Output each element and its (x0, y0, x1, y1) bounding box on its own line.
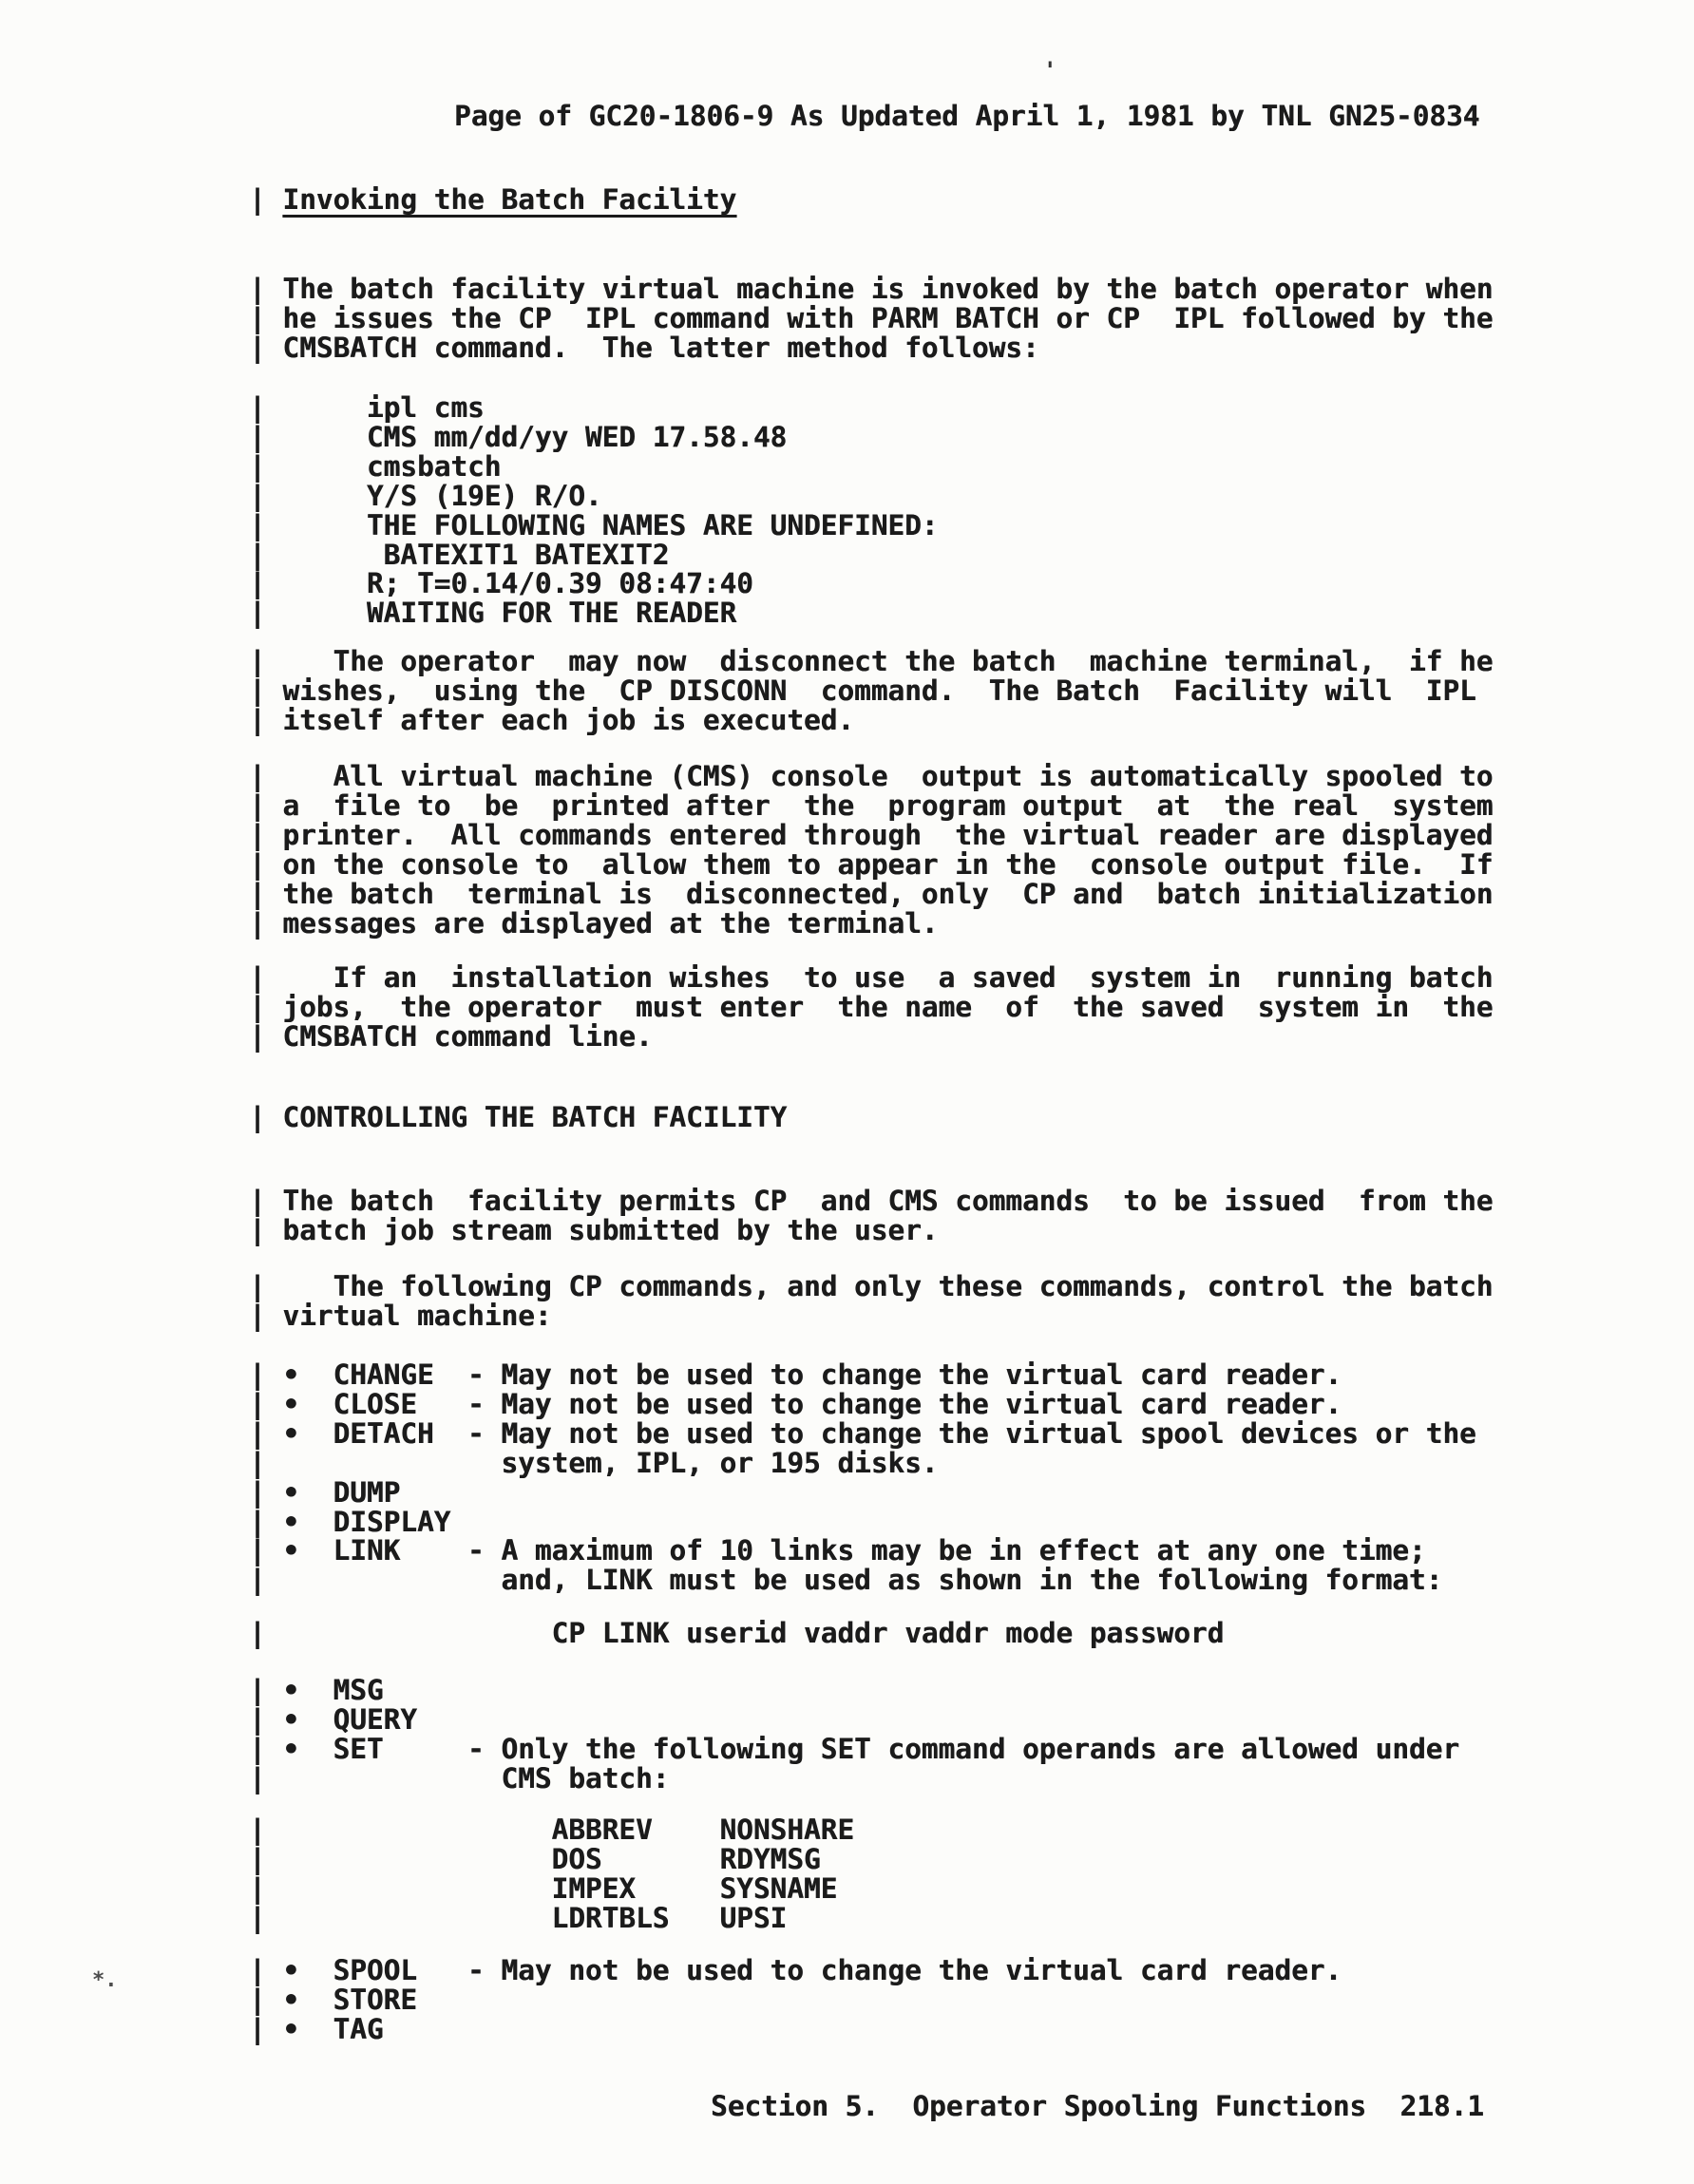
paragraph-following-commands: | The following CP commands, and only th… (249, 1272, 1493, 1331)
set-operands-table: | ABBREV NONSHARE | DOS RDYMSG | IMPEX S… (249, 1815, 854, 1933)
scanned-manual-page: ' Page of GC20-1806-9 As Updated April 1… (0, 0, 1694, 2184)
margin-speck: *. (92, 1968, 118, 1992)
section-title: | Invoking the Batch Facility (249, 185, 736, 215)
link-format-line: | CP LINK userid vaddr vaddr mode passwo… (249, 1619, 1224, 1648)
cp-command-list-3: | • SPOOL - May not be used to change th… (249, 1956, 1342, 2044)
section-title-text: Invoking the Batch Facility (282, 183, 736, 216)
section-heading-controlling: | CONTROLLING THE BATCH FACILITY (249, 1103, 787, 1132)
paragraph-invoked: | The batch facility virtual machine is … (249, 275, 1493, 363)
paragraph-permits: | The batch facility permits CP and CMS … (249, 1187, 1493, 1245)
paragraph-console-output: | All virtual machine (CMS) console outp… (249, 762, 1493, 938)
paragraph-saved-system: | If an installation wishes to use a sav… (249, 963, 1493, 1052)
change-bar: | (249, 183, 282, 216)
page-footer: Section 5. Operator Spooling Functions 2… (711, 2092, 1484, 2121)
cp-command-list-2: | • MSG | • QUERY | • SET - Only the fol… (249, 1676, 1459, 1794)
page-header: Page of GC20-1806-9 As Updated April 1, … (454, 102, 1479, 131)
paragraph-operator: | The operator may now disconnect the ba… (249, 647, 1493, 735)
console-listing: | ipl cms | CMS mm/dd/yy WED 17.58.48 | … (249, 393, 938, 628)
stray-tick-mark: ' (1043, 57, 1056, 84)
cp-command-list-1: | • CHANGE - May not be used to change t… (249, 1360, 1476, 1595)
